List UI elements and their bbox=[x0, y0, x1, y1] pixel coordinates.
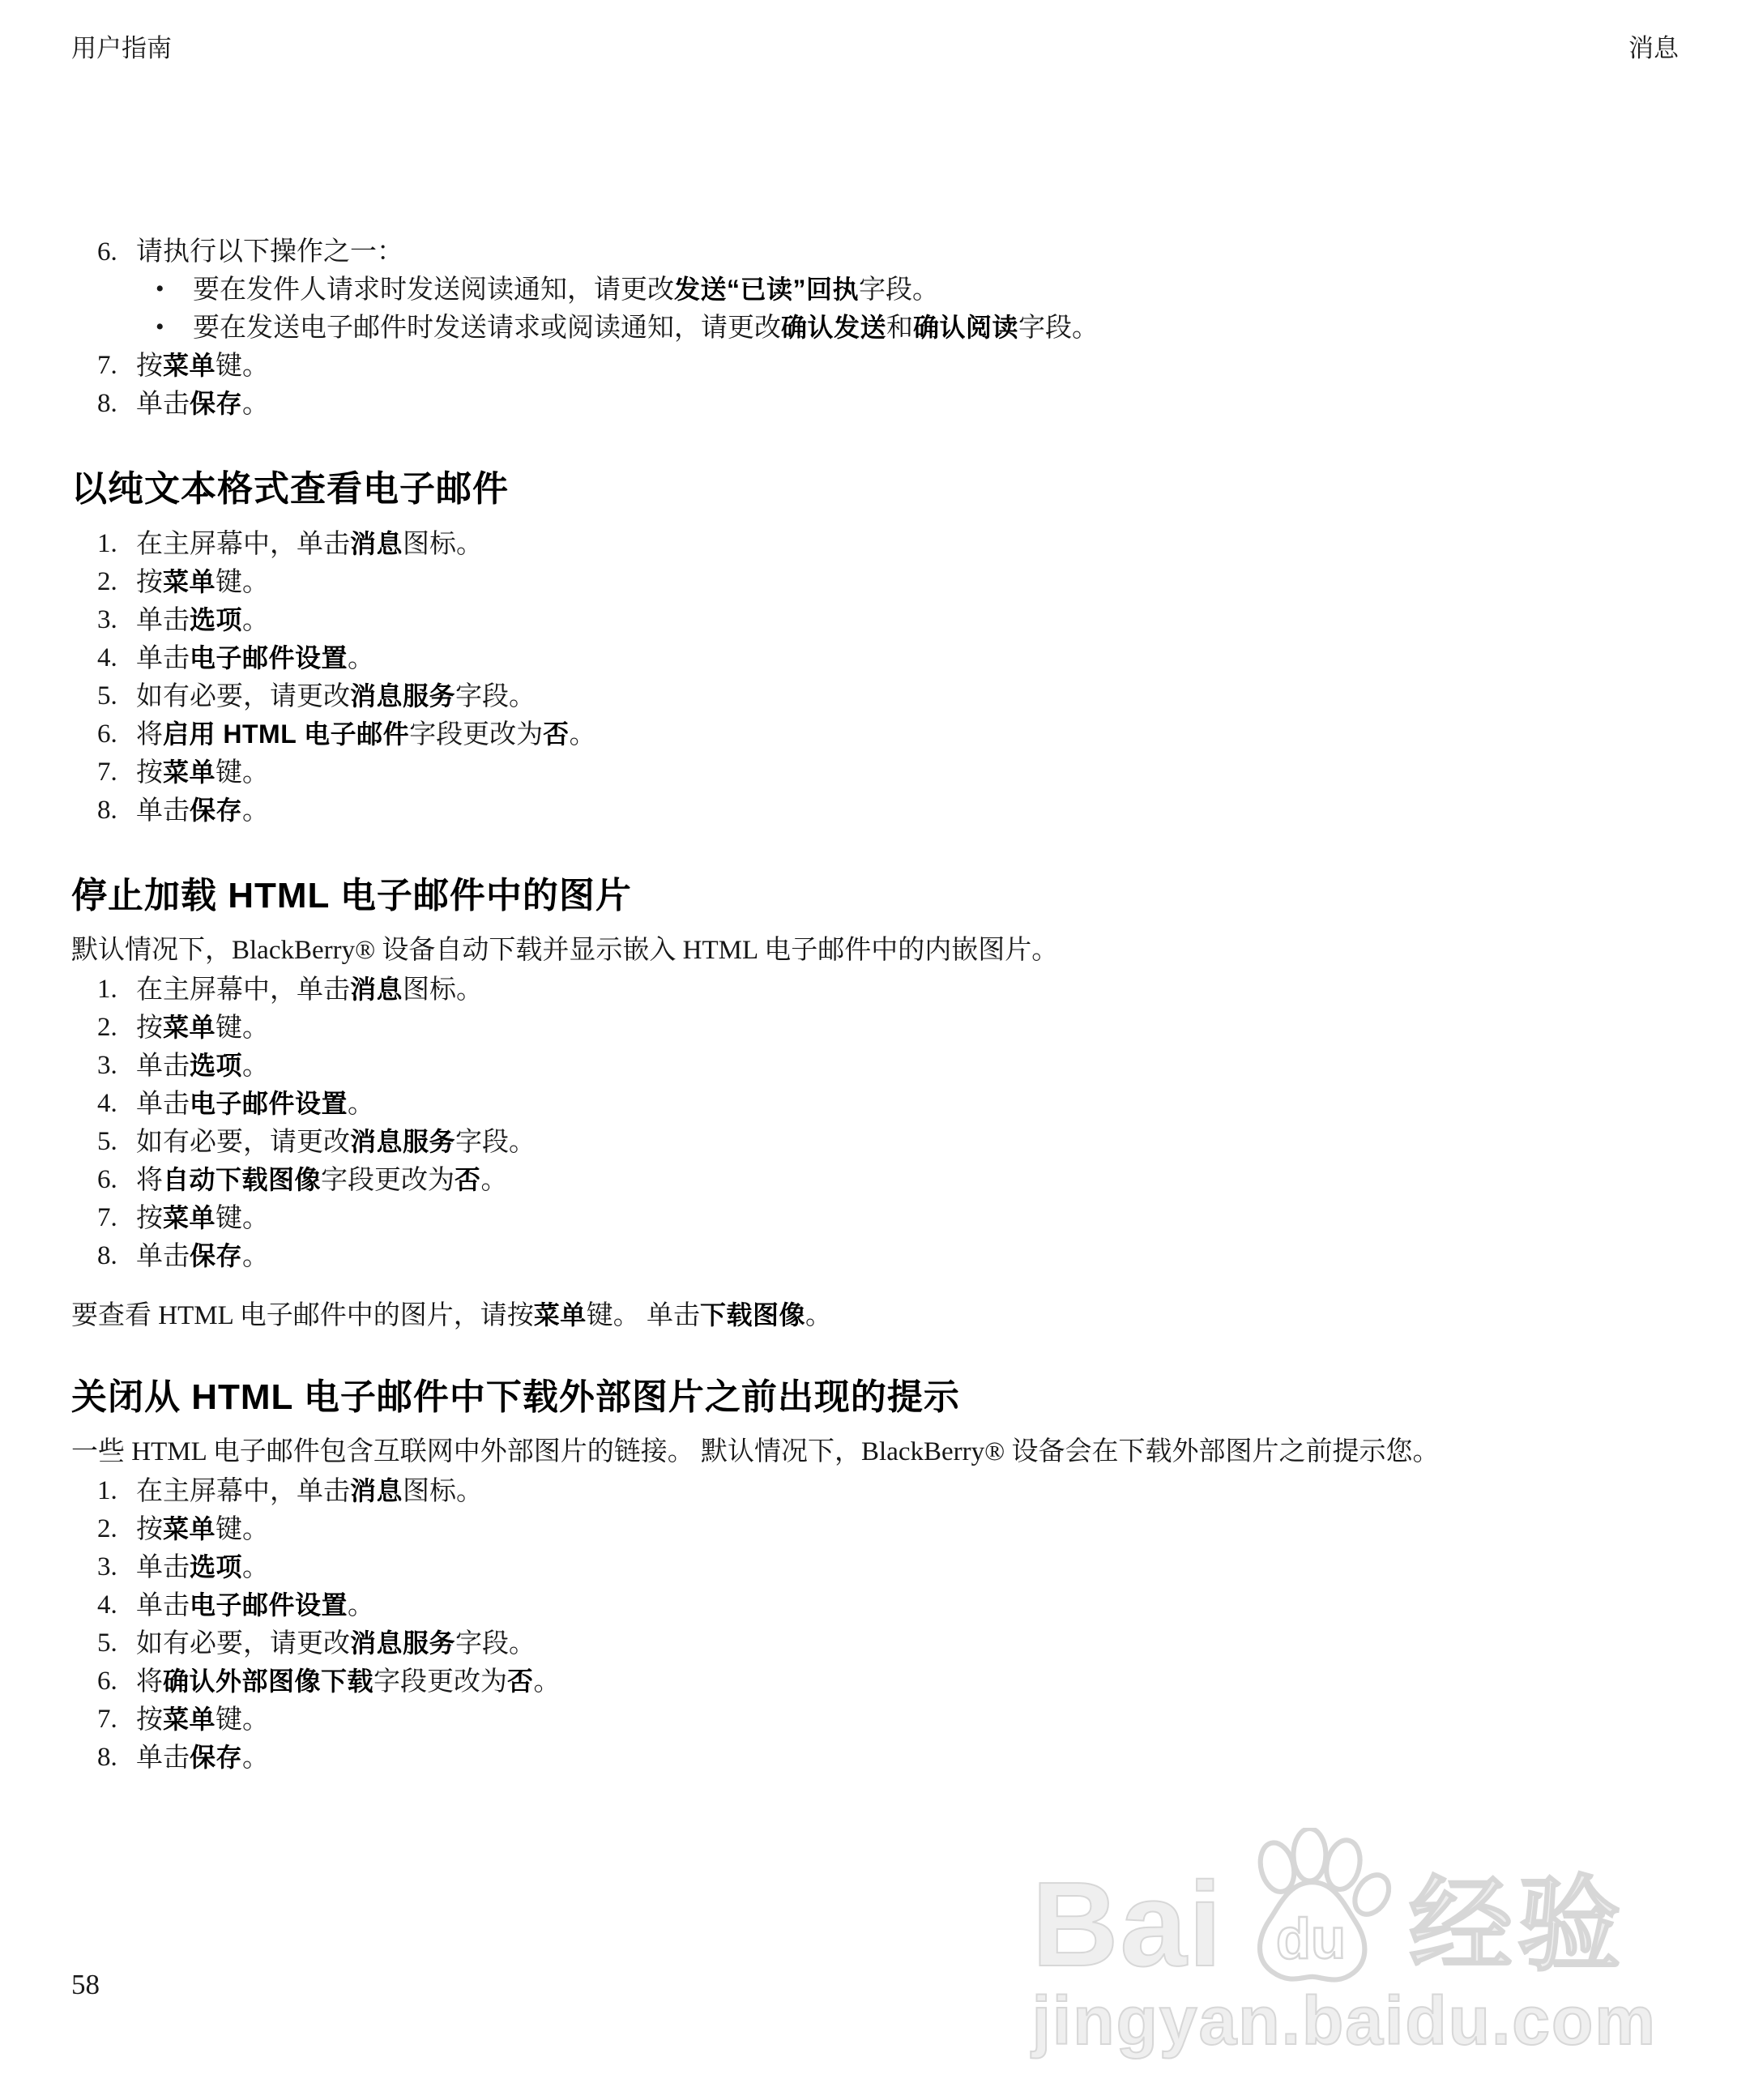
bold-term: 菜单 bbox=[163, 567, 216, 596]
step-text: 单击保存。 bbox=[136, 792, 1679, 830]
bold-term: 保存 bbox=[190, 796, 242, 825]
text-run: 。 bbox=[348, 1090, 374, 1119]
step-item: 5.如有必要，请更改消息服务字段。 bbox=[71, 677, 1679, 715]
step-number: 5. bbox=[97, 1624, 136, 1662]
step-number: 3. bbox=[97, 1548, 136, 1586]
bold-term: 菜单 bbox=[163, 1705, 216, 1734]
step-item: 7.按菜单键。 bbox=[71, 1199, 1679, 1237]
paw-du-text: du bbox=[1276, 1906, 1346, 1970]
text-run: 单击 bbox=[136, 1553, 190, 1582]
text-run: 将 bbox=[136, 1667, 163, 1697]
step-item: 2.按菜单键。 bbox=[71, 1009, 1679, 1047]
step-number: 6. bbox=[97, 1161, 136, 1198]
bold-term: 电子邮件设置 bbox=[190, 643, 348, 672]
step-number: 6. bbox=[97, 715, 136, 753]
text-run: 单击 bbox=[136, 606, 190, 635]
step-number: 1. bbox=[97, 1472, 136, 1509]
bold-term: 保存 bbox=[190, 389, 242, 418]
text-run: 按 bbox=[136, 1705, 163, 1735]
text-run: 。 bbox=[242, 1744, 269, 1773]
text-run: 字段。 bbox=[1018, 314, 1099, 343]
step-number: 6. bbox=[97, 233, 136, 271]
baidu-paw-icon: du bbox=[1225, 1828, 1399, 1996]
bold-term: 否 bbox=[455, 1165, 481, 1194]
step-text: 在主屏幕中，单击消息图标。 bbox=[136, 971, 1679, 1009]
step-number: 5. bbox=[97, 1123, 136, 1160]
bold-term: 确认外部图像下载 bbox=[163, 1667, 373, 1696]
step-text: 要在发送电子邮件时发送请求或阅读通知，请更改确认发送和确认阅读字段。 bbox=[193, 309, 1679, 347]
text-run: 在主屏幕中，单击 bbox=[136, 530, 350, 559]
step-number: 3. bbox=[97, 1047, 136, 1084]
text-run: 字段更改为 bbox=[321, 1166, 455, 1195]
step-item: 6.将确认外部图像下载字段更改为否。 bbox=[71, 1662, 1679, 1701]
section-heading: 以纯文本格式查看电子邮件 bbox=[71, 467, 1679, 512]
text-run: 单击 bbox=[136, 1242, 190, 1271]
step-item: 1.在主屏幕中，单击消息图标。 bbox=[71, 971, 1679, 1009]
text-run: 如有必要，请更改 bbox=[136, 682, 350, 711]
step-text: 将确认外部图像下载字段更改为否。 bbox=[136, 1662, 1679, 1701]
text-run: 。 bbox=[348, 644, 374, 673]
watermark-logo-row: Bai du 经验 bbox=[1032, 1832, 1657, 1974]
text-run: 键。 bbox=[216, 1515, 269, 1544]
text-run: 。 bbox=[242, 606, 269, 635]
bold-term: 消息 bbox=[350, 975, 403, 1004]
step-item: 1.在主屏幕中，单击消息图标。 bbox=[71, 525, 1679, 563]
step-item: 8.单击保存。 bbox=[71, 1739, 1679, 1777]
step-item: 3.单击选项。 bbox=[71, 601, 1679, 639]
step-item: 7.按菜单键。 bbox=[71, 1701, 1679, 1739]
text-run: 键。 bbox=[216, 1204, 269, 1233]
step-text: 按菜单键。 bbox=[136, 347, 1679, 385]
text-run: 在主屏幕中，单击 bbox=[136, 975, 350, 1005]
bold-term: 发送“已读”回执 bbox=[674, 275, 859, 304]
step-text: 单击选项。 bbox=[136, 1548, 1679, 1586]
text-run: 。 bbox=[242, 1242, 269, 1271]
step-list: 1.在主屏幕中，单击消息图标。2.按菜单键。3.单击选项。4.单击电子邮件设置。… bbox=[71, 1472, 1679, 1777]
step-number: 8. bbox=[97, 792, 136, 829]
bold-term: 菜单 bbox=[163, 1514, 216, 1543]
bold-term: 电子邮件设置 bbox=[190, 1089, 348, 1118]
bold-term: 自动下载图像 bbox=[163, 1165, 321, 1194]
bold-term: 确认发送 bbox=[781, 313, 886, 342]
step-item: 8.单击保存。 bbox=[71, 792, 1679, 830]
step-text: 要在发件人请求时发送阅读通知，请更改发送“已读”回执字段。 bbox=[193, 271, 1679, 309]
bold-term: 否 bbox=[543, 719, 570, 749]
text-run: 要在发件人请求时发送阅读通知，请更改 bbox=[193, 275, 674, 305]
text-run: 键。 bbox=[216, 568, 269, 597]
text-run: 按 bbox=[136, 352, 163, 381]
page-header: 用户指南 消息 bbox=[71, 34, 1679, 63]
step-item: 2.按菜单键。 bbox=[71, 563, 1679, 601]
page-content: 6.请执行以下操作之一：•要在发件人请求时发送阅读通知，请更改发送“已读”回执字… bbox=[71, 233, 1679, 1777]
step-text: 将启用 HTML 电子邮件字段更改为否。 bbox=[136, 715, 1679, 753]
text-run: 。 bbox=[805, 1301, 832, 1330]
step-number: 7. bbox=[97, 753, 136, 791]
step-item: 3.单击选项。 bbox=[71, 1047, 1679, 1085]
text-run: 将 bbox=[136, 1166, 163, 1195]
bold-term: 消息服务 bbox=[350, 681, 455, 711]
step-text: 按菜单键。 bbox=[136, 1701, 1679, 1739]
step-item: 4.单击电子邮件设置。 bbox=[71, 639, 1679, 677]
text-run: 图标。 bbox=[403, 1477, 483, 1506]
text-run: 和 bbox=[886, 314, 913, 343]
bullet-item: •要在发送电子邮件时发送请求或阅读通知，请更改确认发送和确认阅读字段。 bbox=[71, 309, 1679, 347]
text-run: 如有必要，请更改 bbox=[136, 1128, 350, 1157]
text-run: 。 bbox=[242, 390, 269, 419]
bold-term: 选项 bbox=[190, 1051, 242, 1080]
text-run: 。 bbox=[242, 1553, 269, 1582]
text-run: 单击 bbox=[136, 1744, 190, 1773]
bold-term: 电子邮件设置 bbox=[190, 1590, 348, 1620]
step-number: 3. bbox=[97, 601, 136, 638]
bold-term: 菜单 bbox=[163, 1203, 216, 1232]
step-number: 5. bbox=[97, 677, 136, 715]
step-text: 按菜单键。 bbox=[136, 1009, 1679, 1047]
text-run: 。 bbox=[481, 1166, 508, 1195]
text-run: 在主屏幕中，单击 bbox=[136, 1477, 350, 1506]
step-text: 单击保存。 bbox=[136, 1237, 1679, 1275]
step-text: 按菜单键。 bbox=[136, 563, 1679, 601]
text-run: 。 bbox=[242, 1052, 269, 1081]
document-page: 用户指南 消息 6.请执行以下操作之一：•要在发件人请求时发送阅读通知，请更改发… bbox=[0, 0, 1750, 2100]
step-item: 7.按菜单键。 bbox=[71, 753, 1679, 792]
text-run: 字段。 bbox=[455, 682, 536, 711]
bold-term: 菜单 bbox=[534, 1300, 587, 1330]
page-number: 58 bbox=[71, 1969, 100, 2001]
step-text: 将自动下载图像字段更改为否。 bbox=[136, 1161, 1679, 1199]
step-list: 1.在主屏幕中，单击消息图标。2.按菜单键。3.单击选项。4.单击电子邮件设置。… bbox=[71, 971, 1679, 1275]
step-item: 3.单击选项。 bbox=[71, 1548, 1679, 1586]
step-item: 2.按菜单键。 bbox=[71, 1510, 1679, 1548]
bullet-marker: • bbox=[156, 309, 193, 346]
bullet-marker: • bbox=[156, 271, 193, 308]
bold-term: 消息 bbox=[350, 1476, 403, 1505]
text-run: 按 bbox=[136, 758, 163, 787]
step-number: 7. bbox=[97, 1199, 136, 1236]
text-run: 字段。 bbox=[859, 275, 939, 305]
text-run: 按 bbox=[136, 1515, 163, 1544]
step-item: 6.请执行以下操作之一： bbox=[71, 233, 1679, 271]
step-text: 单击选项。 bbox=[136, 1047, 1679, 1085]
text-run: 。 bbox=[348, 1591, 374, 1620]
step-text: 在主屏幕中，单击消息图标。 bbox=[136, 525, 1679, 563]
step-number: 1. bbox=[97, 971, 136, 1008]
bold-term: 保存 bbox=[190, 1743, 242, 1772]
step-number: 8. bbox=[97, 385, 136, 422]
step-list: 7.按菜单键。8.单击保存。 bbox=[71, 347, 1679, 423]
bold-term: 消息服务 bbox=[350, 1628, 455, 1658]
step-text: 单击保存。 bbox=[136, 1739, 1679, 1777]
step-number: 8. bbox=[97, 1739, 136, 1776]
step-number: 7. bbox=[97, 1701, 136, 1738]
bullet-item: •要在发件人请求时发送阅读通知，请更改发送“已读”回执字段。 bbox=[71, 271, 1679, 309]
text-run: 如有必要，请更改 bbox=[136, 1629, 350, 1658]
step-item: 8.单击保存。 bbox=[71, 1237, 1679, 1275]
step-text: 如有必要，请更改消息服务字段。 bbox=[136, 677, 1679, 715]
text-run: 要在发送电子邮件时发送请求或阅读通知，请更改 bbox=[193, 314, 781, 343]
step-text: 在主屏幕中，单击消息图标。 bbox=[136, 1472, 1679, 1510]
text-run: 字段。 bbox=[455, 1128, 536, 1157]
step-item: 7.按菜单键。 bbox=[71, 347, 1679, 385]
baidu-jingyan-watermark: Bai du 经验 jingyan.baidu.com bbox=[1032, 1832, 1657, 2061]
bold-term: 选项 bbox=[190, 605, 242, 634]
bold-term: 下载图像 bbox=[700, 1300, 805, 1330]
paragraph: 要查看 HTML 电子邮件中的图片，请按菜单键。 单击下载图像。 bbox=[71, 1296, 1679, 1334]
step-list: 1.在主屏幕中，单击消息图标。2.按菜单键。3.单击选项。4.单击电子邮件设置。… bbox=[71, 525, 1679, 830]
text-run: 字段更改为 bbox=[409, 720, 543, 749]
bold-term: 保存 bbox=[190, 1241, 242, 1270]
header-document-title: 用户指南 bbox=[71, 34, 172, 63]
step-item: 8.单击保存。 bbox=[71, 385, 1679, 423]
bold-term: 确认阅读 bbox=[913, 313, 1018, 342]
step-text: 单击电子邮件设置。 bbox=[136, 1586, 1679, 1624]
step-number: 1. bbox=[97, 525, 136, 562]
step-item: 4.单击电子邮件设置。 bbox=[71, 1586, 1679, 1624]
watermark-url: jingyan.baidu.com bbox=[1032, 1980, 1657, 2061]
text-run: 单击 bbox=[136, 1591, 190, 1620]
text-run: 图标。 bbox=[403, 975, 483, 1005]
text-run: 按 bbox=[136, 568, 163, 597]
step-item: 6.将启用 HTML 电子邮件字段更改为否。 bbox=[71, 715, 1679, 753]
step-text: 如有必要，请更改消息服务字段。 bbox=[136, 1123, 1679, 1161]
step-number: 2. bbox=[97, 1510, 136, 1547]
step-text: 单击电子邮件设置。 bbox=[136, 1085, 1679, 1123]
step-item: 6.将自动下载图像字段更改为否。 bbox=[71, 1161, 1679, 1199]
bold-term: 消息服务 bbox=[350, 1127, 455, 1156]
text-run: 一些 HTML 电子邮件包含互联网中外部图片的链接。 默认情况下，BlackBe… bbox=[71, 1437, 1439, 1466]
step-item: 4.单击电子邮件设置。 bbox=[71, 1085, 1679, 1123]
bold-term: 菜单 bbox=[163, 758, 216, 787]
text-run: 请执行以下操作之一： bbox=[136, 237, 403, 267]
text-run: 单击 bbox=[136, 644, 190, 673]
step-text: 按菜单键。 bbox=[136, 1199, 1679, 1237]
text-run: 要查看 HTML 电子邮件中的图片，请按 bbox=[71, 1301, 534, 1330]
step-item: 5.如有必要，请更改消息服务字段。 bbox=[71, 1123, 1679, 1161]
text-run: 按 bbox=[136, 1204, 163, 1233]
bold-term: 菜单 bbox=[163, 1013, 216, 1042]
bullet-list: •要在发件人请求时发送阅读通知，请更改发送“已读”回执字段。•要在发送电子邮件时… bbox=[71, 271, 1679, 347]
step-item: 1.在主屏幕中，单击消息图标。 bbox=[71, 1472, 1679, 1510]
text-run: 字段更改为 bbox=[373, 1667, 507, 1697]
text-run: 键。 bbox=[216, 1014, 269, 1043]
bold-term: 否 bbox=[507, 1667, 534, 1696]
step-number: 4. bbox=[97, 1586, 136, 1624]
step-text: 请执行以下操作之一： bbox=[136, 233, 1679, 271]
text-run: 键。 bbox=[216, 352, 269, 381]
bold-term: 菜单 bbox=[163, 351, 216, 380]
bold-term: 选项 bbox=[190, 1552, 242, 1581]
baidu-wordmark-text: Bai bbox=[1032, 1876, 1223, 1974]
text-run: 单击 bbox=[136, 1090, 190, 1119]
step-number: 2. bbox=[97, 563, 136, 600]
header-chapter-title: 消息 bbox=[1628, 34, 1679, 63]
text-run: 键。 bbox=[216, 758, 269, 787]
jingyan-wordmark-text: 经验 bbox=[1409, 1878, 1626, 1974]
text-run: 单击 bbox=[136, 796, 190, 826]
step-text: 按菜单键。 bbox=[136, 753, 1679, 792]
section-heading: 停止加载 HTML 电子邮件中的图片 bbox=[71, 873, 1679, 919]
step-text: 单击电子邮件设置。 bbox=[136, 639, 1679, 677]
step-item: 5.如有必要，请更改消息服务字段。 bbox=[71, 1624, 1679, 1662]
step-number: 4. bbox=[97, 1085, 136, 1122]
text-run: 。 bbox=[570, 720, 596, 749]
bold-term: 消息 bbox=[350, 529, 403, 558]
step-text: 单击选项。 bbox=[136, 601, 1679, 639]
text-run: 。 bbox=[242, 796, 269, 826]
paragraph: 默认情况下，BlackBerry® 设备自动下载并显示嵌入 HTML 电子邮件中… bbox=[71, 932, 1679, 969]
step-text: 单击保存。 bbox=[136, 385, 1679, 423]
paragraph: 一些 HTML 电子邮件包含互联网中外部图片的链接。 默认情况下，BlackBe… bbox=[71, 1433, 1679, 1470]
text-run: 单击 bbox=[136, 1052, 190, 1081]
text-run: 。 bbox=[534, 1667, 561, 1697]
text-run: 默认情况下，BlackBerry® 设备自动下载并显示嵌入 HTML 电子邮件中… bbox=[71, 936, 1058, 965]
text-run: 键。 单击 bbox=[587, 1301, 700, 1330]
text-run: 字段。 bbox=[455, 1629, 536, 1658]
step-number: 6. bbox=[97, 1662, 136, 1700]
step-number: 7. bbox=[97, 347, 136, 384]
step-number: 4. bbox=[97, 639, 136, 677]
bold-term: 启用 HTML 电子邮件 bbox=[163, 719, 409, 749]
text-run: 单击 bbox=[136, 390, 190, 419]
step-text: 按菜单键。 bbox=[136, 1510, 1679, 1548]
text-run: 图标。 bbox=[403, 530, 483, 559]
step-number: 2. bbox=[97, 1009, 136, 1046]
step-number: 8. bbox=[97, 1237, 136, 1274]
text-run: 键。 bbox=[216, 1705, 269, 1735]
section-heading: 关闭从 HTML 电子邮件中下载外部图片之前出现的提示 bbox=[71, 1375, 1679, 1420]
text-run: 按 bbox=[136, 1014, 163, 1043]
step-list: 6.请执行以下操作之一： bbox=[71, 233, 1679, 271]
text-run: 将 bbox=[136, 720, 163, 749]
step-text: 如有必要，请更改消息服务字段。 bbox=[136, 1624, 1679, 1662]
